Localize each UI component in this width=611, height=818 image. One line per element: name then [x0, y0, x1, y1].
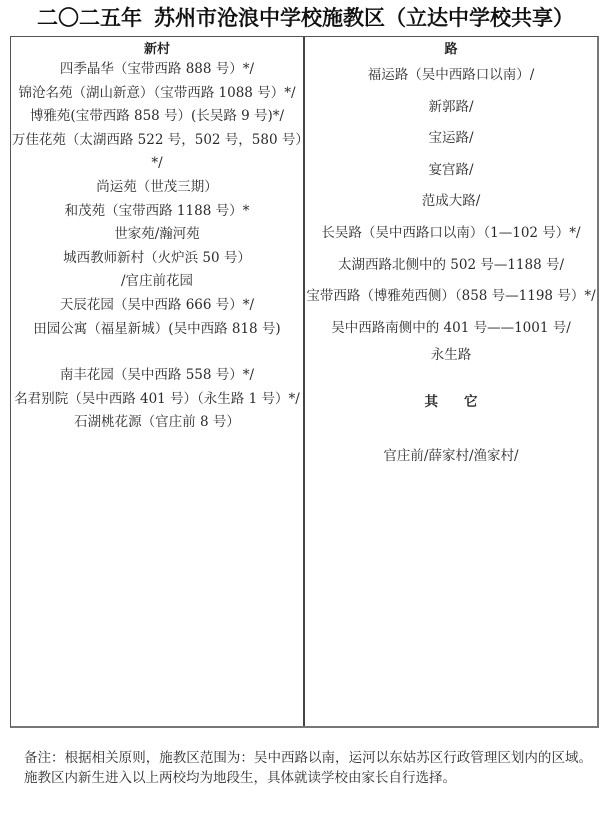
list-item: 宴宫路/ — [305, 159, 597, 183]
road-list: 福运路（吴中西路口以南）/ 新郭路/ 宝运路/ 宴宫路/ 范成大路/ 长吴路（吴… — [305, 64, 597, 368]
list-item: 锦沧名苑（湖山新意）（宝带西路 1088 号）*/ — [11, 82, 303, 106]
title-text: 苏州市沧浪中学校施教区（立达中学校共享） — [154, 6, 574, 30]
list-item: 天辰花园（吴中西路 666 号）*/ — [11, 294, 303, 318]
title-year: 二〇二五年 — [37, 6, 142, 30]
list-item: 宝运路/ — [305, 127, 597, 151]
column-header-neighborhoods: 新村 — [11, 42, 303, 58]
list-item: 田园公寓（福星新城）(吴中西路 818 号) — [11, 318, 303, 342]
list-item: 四季晶华（宝带西路 888 号）*/ — [11, 58, 303, 82]
list-item: 万佳花苑（太湖西路 522 号，502 号，580 号）*/ — [11, 129, 303, 176]
list-item: 南丰花园（吴中西路 558 号）*/ — [11, 364, 303, 388]
list-item: 新郭路/ — [305, 96, 597, 120]
list-item: 城西教师新村（火炉浜 50 号） — [11, 247, 303, 271]
list-item: 宝带西路（博雅苑西侧）（858 号—1198 号）*/ — [305, 285, 597, 309]
page-title: 二〇二五年苏州市沧浪中学校施教区（立达中学校共享） — [0, 5, 611, 31]
list-item: 和茂苑（宝带西路 1188 号）* — [11, 200, 303, 224]
list-item: 永生路 — [305, 344, 597, 368]
list-item: 名君别院（吴中西路 401 号）（永生路 1 号）*/ — [11, 388, 303, 412]
list-item: 太湖西路北侧中的 502 号—1188 号/ — [305, 254, 597, 278]
section-header-other: 其它 — [305, 390, 597, 410]
list-item: /官庄前花园 — [11, 270, 303, 294]
list-item: 石湖桃花源（官庄前 8 号） — [11, 411, 303, 435]
footnote: 备注：根据相关原则，施教区范围为：吴中西路以南，运河以东姑苏区行政管理区划内的区… — [24, 748, 592, 788]
list-item: 范成大路/ — [305, 190, 597, 214]
list-item: 吴中西路南侧中的 401 号——1001 号/ — [305, 317, 597, 341]
list-spacer — [11, 341, 303, 364]
list-item: 长吴路（吴中西路口以南）（1—102 号）*/ — [305, 222, 597, 246]
column-roads: 路 福运路（吴中西路口以南）/ 新郭路/ 宝运路/ 宴宫路/ 范成大路/ 长吴路… — [305, 37, 597, 726]
other-villages: 官庄前/薛家村/渔家村/ — [305, 444, 597, 464]
column-neighborhoods: 新村 四季晶华（宝带西路 888 号）*/ 锦沧名苑（湖山新意）（宝带西路 10… — [11, 37, 305, 726]
list-item: 尚运苑（世茂三期） — [11, 176, 303, 200]
other-header-char-1: 其 — [425, 394, 439, 410]
other-header-char-2: 它 — [464, 394, 478, 410]
neighborhood-list: 四季晶华（宝带西路 888 号）*/ 锦沧名苑（湖山新意）（宝带西路 1088 … — [11, 58, 303, 435]
column-header-roads: 路 — [305, 42, 597, 58]
list-item: 福运路（吴中西路口以南）/ — [305, 64, 597, 88]
school-district-table: 新村 四季晶华（宝带西路 888 号）*/ 锦沧名苑（湖山新意）（宝带西路 10… — [10, 36, 599, 728]
list-item: 博雅苑(宝带西路 858 号）(长吴路 9 号)*/ — [11, 105, 303, 129]
list-item: 世家苑/瀚河苑 — [11, 223, 303, 247]
